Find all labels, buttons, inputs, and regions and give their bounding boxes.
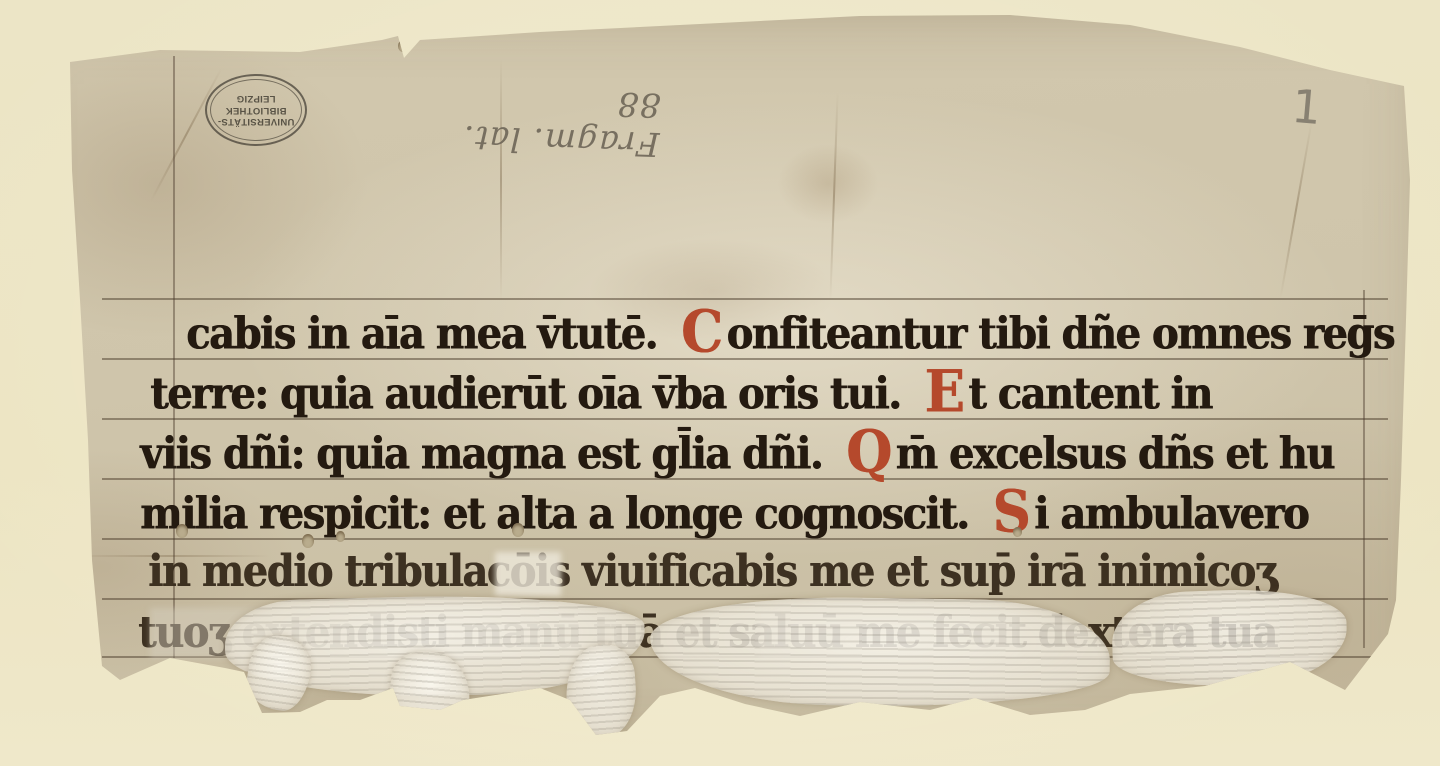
rubric-initial: Q [846,418,891,486]
rubric-initial: S [992,478,1029,546]
parchment-hole [398,40,408,52]
stamp-line: LEIPZIG [236,93,275,104]
shelfmark-pencil-note: Fragm. lat. 88 [423,86,661,164]
text-segment: viis dñi: quia magna est gl̄ia dñi. [140,428,822,480]
text-segment: terre: quia audierūt oīa v̄ba oris tui. [150,368,900,420]
stamp-line: BIBLIOTHEK [225,104,286,115]
parchment-hole [1013,527,1022,537]
library-stamp: UNIVERSITÄTS- BIBLIOTHEK LEIPZIG [205,74,307,146]
paper-residue-scrap [649,595,1110,709]
folio-number: 1 [1290,79,1324,135]
abrasion-smudge [495,552,561,596]
parchment-hole [512,523,524,537]
text-segment: cabis in aīa mea v̄tutē. [186,308,657,360]
text-line: milia respicit: et alta a longe cognosci… [140,481,1308,545]
parchment-hole [302,534,314,548]
parchment-hole [336,531,345,542]
library-stamp-text: UNIVERSITÄTS- BIBLIOTHEK LEIPZIG [210,79,302,141]
paper-residue-scrap [1110,586,1348,690]
text-line: terre: quia audierūt oīa v̄ba oris tui.E… [150,361,1212,425]
text-line: viis dñi: quia magna est gl̄ia dñi.Qm̄ e… [140,421,1334,485]
text-segment: milia respicit: et alta a longe cognosci… [140,488,968,540]
rubric-initial: C [681,298,722,366]
text-segment: t cantent in [968,368,1211,420]
manuscript-fragment: cabis in aīa mea v̄tutē.Confiteantur tib… [0,0,1440,766]
text-segment: m̄ excelsus dñs et hu [896,428,1334,480]
crease-line [829,92,838,300]
text-segment: onfiteantur tibi dñe omnes reḡs [726,308,1393,360]
parchment-hole [176,524,188,538]
ruling-line [102,298,1388,300]
crease-line [150,68,222,201]
text-line: in medio tribulacōis viuificabis me et s… [148,541,1276,605]
photo-background: cabis in aīa mea v̄tutē.Confiteantur tib… [0,0,1440,766]
text-line: cabis in aīa mea v̄tutē.Confiteantur tib… [186,301,1394,365]
text-segment: in medio tribulacōis viuificabis me et s… [148,545,1276,597]
stamp-line: UNIVERSITÄTS- [218,116,295,127]
rubric-initial: E [924,358,963,426]
text-segment: i ambulavero [1034,488,1308,540]
crease-line [1279,121,1312,299]
